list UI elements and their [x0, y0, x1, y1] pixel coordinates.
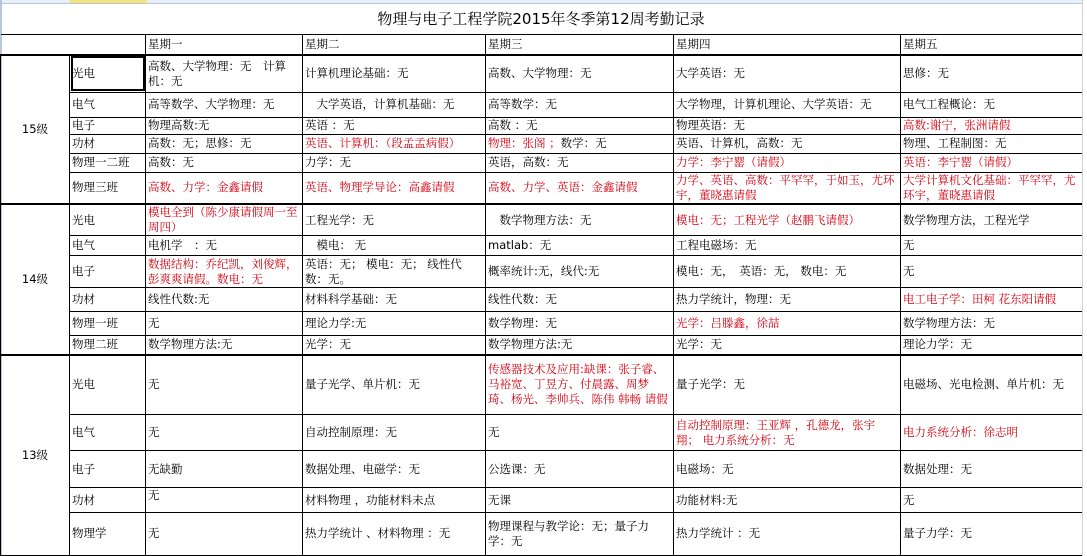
attendance-cell[interactable]: 高数、大学物理：无 计算机：无	[146, 55, 303, 92]
attendance-cell[interactable]: 物理英语：无	[674, 117, 901, 134]
attendance-cell[interactable]: 英语、计算机：（段孟孟病假）	[303, 134, 486, 153]
attendance-cell[interactable]: 工程光学：无	[303, 204, 486, 236]
attendance-cell[interactable]: 光学：无	[303, 336, 486, 355]
attendance-cell[interactable]: 无	[146, 312, 303, 336]
attendance-cell[interactable]: 量子力学：无	[901, 513, 1083, 556]
attendance-cell[interactable]: 光学：吕滕鑫，徐喆	[674, 312, 901, 336]
attendance-cell[interactable]: 物理、工程制图：无	[901, 134, 1083, 153]
class-name-cell[interactable]: 物理一二班	[70, 153, 146, 172]
class-name-cell[interactable]: 光电	[70, 55, 146, 92]
attendance-cell[interactable]: 电工电子学：田柯 花东阳请假	[901, 288, 1083, 312]
attendance-cell[interactable]: 高数：无	[146, 153, 303, 172]
table-row: 功材无材料物理 ，功能材料未点无课功能材料:无无	[1, 488, 1083, 513]
header-row: 星期一 星期二 星期三 星期四 星期五	[1, 35, 1083, 56]
table-row: 15级光电高数、大学物理：无 计算机：无计算机理论基础：无高数、大学物理：无大学…	[1, 55, 1083, 92]
attendance-cell[interactable]: 线性代数:无	[146, 288, 303, 312]
attendance-cell[interactable]: 材料科学基础：无	[303, 288, 486, 312]
attendance-cell[interactable]: 高数 ：无	[486, 117, 674, 134]
sheet-title: 物理与电子工程学院2015年冬季第12周考勤记录	[0, 4, 1082, 34]
class-name-cell[interactable]: 物理学	[70, 513, 146, 556]
attendance-cell[interactable]: 数学物理方法，工程光学	[901, 204, 1083, 236]
attendance-cell[interactable]: 英语：无； 模电：无； 线性代数：无。	[303, 256, 486, 288]
attendance-cell[interactable]: 自动控制原理：无	[303, 415, 486, 451]
attendance-cell[interactable]: 无	[901, 236, 1083, 256]
attendance-cell[interactable]: 模电：无；工程光学（赵鹏飞请假）	[674, 204, 901, 236]
attendance-table: 星期一 星期二 星期三 星期四 星期五 15级光电高数、大学物理：无 计算机：无…	[0, 34, 1083, 556]
attendance-cell[interactable]: 高数:谢宁，张洲请假	[901, 117, 1083, 134]
table-row: 物理学无热力学统计 、材料物理 ：无物理课程与教学论：无；量子力学：无 热力学统…	[1, 513, 1083, 556]
attendance-cell[interactable]: 功能材料:无	[674, 488, 901, 513]
attendance-cell[interactable]: 大学计算机文化基础：平罕罕，尤环宇，董晓惠请假	[901, 172, 1083, 204]
attendance-cell[interactable]: 英语：李宁罂（请假）	[901, 153, 1083, 172]
table-row: 物理三班高数、力学：金鑫请假英语、物理学导论：高鑫请假高数、力学、英语：金鑫请假…	[1, 172, 1083, 204]
attendance-cell[interactable]: 电气工程概论：无	[901, 92, 1083, 117]
attendance-cell[interactable]: 无	[901, 488, 1083, 513]
class-name-cell[interactable]: 光电	[70, 355, 146, 415]
attendance-cell[interactable]: matlab：无	[486, 236, 674, 256]
table-row: 功材线性代数:无材料科学基础：无线性代数：无热力学统计，物理：无电工电子学：田柯…	[1, 288, 1083, 312]
class-name-cell[interactable]: 功材	[70, 134, 146, 153]
attendance-cell[interactable]: 理论力学：无	[901, 336, 1083, 355]
table-row: 电子物理高数:无 英语 ：无高数 ：无物理英语：无高数:谢宁，张洲请假	[1, 117, 1083, 134]
class-name-cell[interactable]: 电气	[70, 236, 146, 256]
attendance-cell[interactable]: 电机学 ：无	[146, 236, 303, 256]
class-name-cell[interactable]: 电子	[70, 117, 146, 134]
attendance-cell[interactable]: 传感器技术及应用:缺课：张子睿、马裕宽、丁昱方、付晨露、周梦琦、杨光、李帅兵、陈…	[486, 355, 674, 415]
attendance-cell[interactable]: 高数、大学物理：无	[486, 55, 674, 92]
table-row: 物理二班数学物理方法:无光学：无数学物理方法:无光学：无理论力学：无	[1, 336, 1083, 355]
attendance-cell[interactable]: 力学、英语、高数：平罕罕，于如玉，尤环宇，董晓惠请假	[674, 172, 901, 204]
selected-column-indicator	[70, 0, 147, 3]
attendance-cell[interactable]: 无	[146, 488, 303, 513]
attendance-cell[interactable]: 无	[486, 415, 674, 451]
class-name-cell[interactable]: 电子	[70, 256, 146, 288]
attendance-cell[interactable]: 思修：无	[901, 55, 1083, 92]
table-row: 14级光电 模电全到（陈少康请假周一至周四）工程光学：无 数学物理方法：无模电：…	[1, 204, 1083, 236]
header-day-tue[interactable]: 星期二	[303, 35, 486, 56]
attendance-cell[interactable]: 力学：李宁罂（请假）	[674, 153, 901, 172]
attendance-cell[interactable]: 电力系统分析：徐志明	[901, 415, 1083, 451]
attendance-cell[interactable]: 自动控制原理：王亚辉 ，孔德龙，张宇翔； 电力系统分析：无	[674, 415, 901, 451]
class-name-cell[interactable]: 功材	[70, 488, 146, 513]
attendance-cell[interactable]: 无课	[486, 488, 674, 513]
attendance-note: 数学：无	[561, 136, 607, 150]
class-name-cell[interactable]: 物理一班	[70, 312, 146, 336]
attendance-cell[interactable]: 无缺勤	[146, 451, 303, 488]
attendance-cell[interactable]: 数据处理：无	[901, 451, 1083, 488]
attendance-cell[interactable]: 无	[901, 256, 1083, 288]
attendance-cell[interactable]: 高等数学、大学物理：无	[146, 92, 303, 117]
attendance-cell[interactable]: 高等数学：无	[486, 92, 674, 117]
attendance-cell[interactable]: 数学物理方法：无	[486, 204, 674, 236]
sheet-right-edge	[1082, 0, 1087, 556]
table-row: 13级光电无量子光学、单片机：无传感器技术及应用:缺课：张子睿、马裕宽、丁昱方、…	[1, 355, 1083, 415]
attendance-cell[interactable]: 英语、物理学导论：高鑫请假	[303, 172, 486, 204]
attendance-cell[interactable]: 英语，高数：无	[486, 153, 674, 172]
class-name-cell[interactable]: 物理二班	[70, 336, 146, 355]
attendance-cell[interactable]: 电磁场、光电检测、单片机：无	[901, 355, 1083, 415]
grade-label-cell[interactable]: 14级	[1, 204, 70, 355]
class-name-cell[interactable]: 电子	[70, 451, 146, 488]
attendance-cell[interactable]: 热力学统计 ：无	[674, 513, 901, 556]
attendance-cell[interactable]: 线性代数：无	[486, 288, 674, 312]
attendance-cell[interactable]: 物理高数:无	[146, 117, 303, 134]
attendance-cell[interactable]: 英语 ：无	[303, 117, 486, 134]
attendance-cell[interactable]: 工程电磁场：无	[674, 236, 901, 256]
attendance-cell[interactable]: 模电全到（陈少康请假周一至周四）	[146, 204, 303, 236]
class-name-cell[interactable]: 电气	[70, 415, 146, 451]
attendance-cell[interactable]: 理论力学:无	[303, 312, 486, 336]
attendance-cell[interactable]: 量子光学、单片机：无	[303, 355, 486, 415]
attendance-cell[interactable]: 模电： 无	[303, 236, 486, 256]
attendance-cell[interactable]: 英语、计算机，高数：无	[674, 134, 901, 153]
attendance-cell[interactable]: 力学：无	[303, 153, 486, 172]
attendance-cell[interactable]: 物理：张阁 ；数学：无	[486, 134, 674, 153]
attendance-cell[interactable]: 热力学统计，物理：无	[674, 288, 901, 312]
attendance-cell[interactable]: 量子光学：无	[674, 355, 901, 415]
attendance-cell[interactable]: 无	[146, 513, 303, 556]
attendance-cell[interactable]: 计算机理论基础：无	[303, 55, 486, 92]
table-row: 电气高等数学、大学物理：无 大学英语，计算机基础：无高等数学：无大学物理，计算机…	[1, 92, 1083, 117]
attendance-cell[interactable]: 数据结构：乔纪凯，刘俊辉，彭爽爽请假。数电：无	[146, 256, 303, 288]
attendance-cell[interactable]: 概率统计:无，线代:无	[486, 256, 674, 288]
attendance-cell[interactable]: 光学：无	[674, 336, 901, 355]
class-name-cell[interactable]: 光电	[70, 204, 146, 236]
attendance-cell[interactable]: 高数、力学：金鑫请假	[146, 172, 303, 204]
absence-note: 物理：张阁 ；	[488, 136, 561, 150]
grade-label-cell[interactable]: 15级	[1, 55, 70, 204]
attendance-cell[interactable]: 高数、力学、英语：金鑫请假	[486, 172, 674, 204]
header-blank-cell[interactable]	[1, 35, 146, 56]
attendance-cell[interactable]: 无	[146, 415, 303, 451]
attendance-cell[interactable]: 大学英语：无	[674, 55, 901, 92]
attendance-cell[interactable]: 物理课程与教学论：无；量子力学：无	[486, 513, 674, 556]
attendance-cell[interactable]: 材料物理 ，功能材料未点	[303, 488, 486, 513]
header-day-fri[interactable]: 星期五	[901, 35, 1083, 56]
grade-label-cell[interactable]: 13级	[1, 355, 70, 556]
attendance-cell[interactable]: 数据处理、电磁学：无	[303, 451, 486, 488]
table-row: 物理一二班高数：无力学：无英语，高数：无力学：李宁罂（请假）英语：李宁罂（请假）	[1, 153, 1083, 172]
attendance-cell[interactable]: 高数：无；思修：无	[146, 134, 303, 153]
class-name-cell[interactable]: 电气	[70, 92, 146, 117]
table-row: 功材 高数：无；思修：无英语、计算机：（段孟孟病假）物理：张阁 ；数学：无英语、…	[1, 134, 1083, 153]
attendance-cell[interactable]: 数学物理方法:无	[486, 336, 674, 355]
attendance-cell[interactable]: 热力学统计 、材料物理 ：无	[303, 513, 486, 556]
header-day-wed[interactable]: 星期三	[486, 35, 674, 56]
attendance-cell[interactable]: 数学物理：无	[486, 312, 674, 336]
table-row: 电子数据结构：乔纪凯，刘俊辉，彭爽爽请假。数电：无英语：无； 模电：无； 线性代…	[1, 256, 1083, 288]
attendance-cell[interactable]: 大学英语，计算机基础：无	[303, 92, 486, 117]
class-name-cell[interactable]: 物理三班	[70, 172, 146, 204]
header-day-thu[interactable]: 星期四	[674, 35, 901, 56]
header-day-mon[interactable]: 星期一	[146, 35, 303, 56]
class-name-cell[interactable]: 功材	[70, 288, 146, 312]
attendance-cell[interactable]: 无	[146, 355, 303, 415]
table-row: 电气电机学 ：无 模电： 无matlab：无工程电磁场：无无	[1, 236, 1083, 256]
table-row: 物理一班无理论力学:无数学物理：无光学：吕滕鑫，徐喆数学物理方法：无	[1, 312, 1083, 336]
attendance-cell[interactable]: 大学物理，计算机理论、大学英语：无	[674, 92, 901, 117]
table-row: 电气无自动控制原理：无无自动控制原理：王亚辉 ，孔德龙，张宇翔； 电力系统分析：…	[1, 415, 1083, 451]
attendance-cell[interactable]: 电磁场：无	[674, 451, 901, 488]
table-row: 电子无缺勤数据处理、电磁学：无公选课：无电磁场：无数据处理：无	[1, 451, 1083, 488]
attendance-cell[interactable]: 数学物理方法：无	[901, 312, 1083, 336]
attendance-cell[interactable]: 公选课：无	[486, 451, 674, 488]
attendance-cell[interactable]: 模电：无， 英语：无， 数电：无	[674, 256, 901, 288]
attendance-cell[interactable]: 数学物理方法:无	[146, 336, 303, 355]
